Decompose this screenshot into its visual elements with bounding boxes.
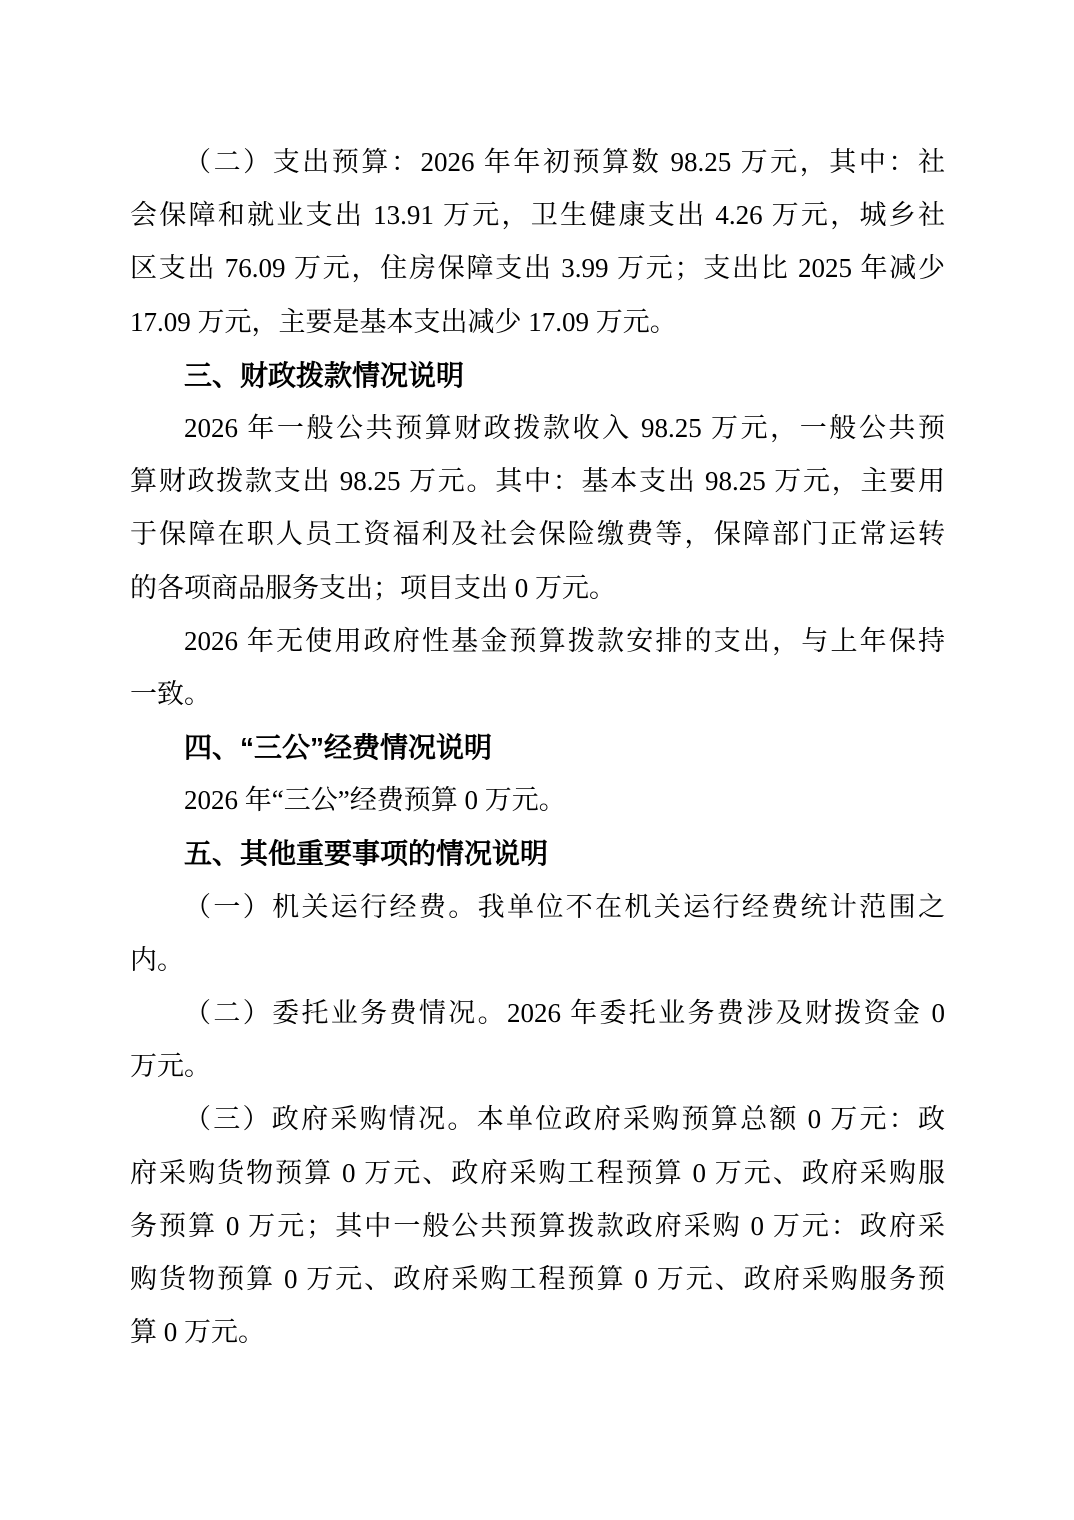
section-heading: 三、财政拨款情况说明 — [130, 349, 945, 402]
section-heading: 五、其他重要事项的情况说明 — [130, 827, 945, 880]
text-line: 2026 年无使用政府性基金预算拨款安排的支出，与上年保持 — [130, 615, 945, 668]
text-line: 务预算 0 万元；其中一般公共预算拨款政府采购 0 万元：政府采 — [130, 1200, 945, 1253]
text-line: 一致。 — [130, 668, 945, 721]
heading-line: 五、其他重要事项的情况说明 — [130, 827, 945, 880]
document-page: （二）支出预算：2026 年年初预算数 98.25 万元，其中：社会保障和就业支… — [0, 0, 1074, 1520]
text-line: 内。 — [130, 934, 945, 987]
paragraph: 2026 年“三公”经费预算 0 万元。 — [130, 774, 945, 827]
text-line: 区支出 76.09 万元，住房保障支出 3.99 万元；支出比 2025 年减少 — [130, 242, 945, 295]
text-line: 算财政拨款支出 98.25 万元。其中：基本支出 98.25 万元，主要用 — [130, 455, 945, 508]
text-line: （一）机关运行经费。我单位不在机关运行经费统计范围之 — [130, 881, 945, 934]
text-line: 2026 年“三公”经费预算 0 万元。 — [130, 774, 945, 827]
heading-line: 三、财政拨款情况说明 — [130, 349, 945, 402]
paragraph: （一）机关运行经费。我单位不在机关运行经费统计范围之内。 — [130, 881, 945, 987]
section-heading: 四、“三公”经费情况说明 — [130, 721, 945, 774]
heading-line: 四、“三公”经费情况说明 — [130, 721, 945, 774]
text-line: 万元。 — [130, 1040, 945, 1093]
text-line: 府采购货物预算 0 万元、政府采购工程预算 0 万元、政府采购服 — [130, 1147, 945, 1200]
text-line: （二）委托业务费情况。2026 年委托业务费涉及财拨资金 0 — [130, 987, 945, 1040]
paragraph: （二）支出预算：2026 年年初预算数 98.25 万元，其中：社会保障和就业支… — [130, 136, 945, 349]
text-line: 的各项商品服务支出；项目支出 0 万元。 — [130, 562, 945, 615]
text-line: 会保障和就业支出 13.91 万元，卫生健康支出 4.26 万元，城乡社 — [130, 189, 945, 242]
paragraph: （二）委托业务费情况。2026 年委托业务费涉及财拨资金 0万元。 — [130, 987, 945, 1093]
paragraph: 2026 年一般公共预算财政拨款收入 98.25 万元，一般公共预算财政拨款支出… — [130, 402, 945, 615]
paragraph: 2026 年无使用政府性基金预算拨款安排的支出，与上年保持一致。 — [130, 615, 945, 721]
text-line: 于保障在职人员工资福利及社会保险缴费等，保障部门正常运转 — [130, 508, 945, 561]
text-line: （三）政府采购情况。本单位政府采购预算总额 0 万元：政 — [130, 1093, 945, 1146]
paragraph: （三）政府采购情况。本单位政府采购预算总额 0 万元：政府采购货物预算 0 万元… — [130, 1093, 945, 1359]
text-line: （二）支出预算：2026 年年初预算数 98.25 万元，其中：社 — [130, 136, 945, 189]
text-line: 2026 年一般公共预算财政拨款收入 98.25 万元，一般公共预 — [130, 402, 945, 455]
text-line: 购货物预算 0 万元、政府采购工程预算 0 万元、政府采购服务预 — [130, 1253, 945, 1306]
document-body: （二）支出预算：2026 年年初预算数 98.25 万元，其中：社会保障和就业支… — [130, 136, 945, 1359]
text-line: 17.09 万元，主要是基本支出减少 17.09 万元。 — [130, 296, 945, 349]
text-line: 算 0 万元。 — [130, 1306, 945, 1359]
